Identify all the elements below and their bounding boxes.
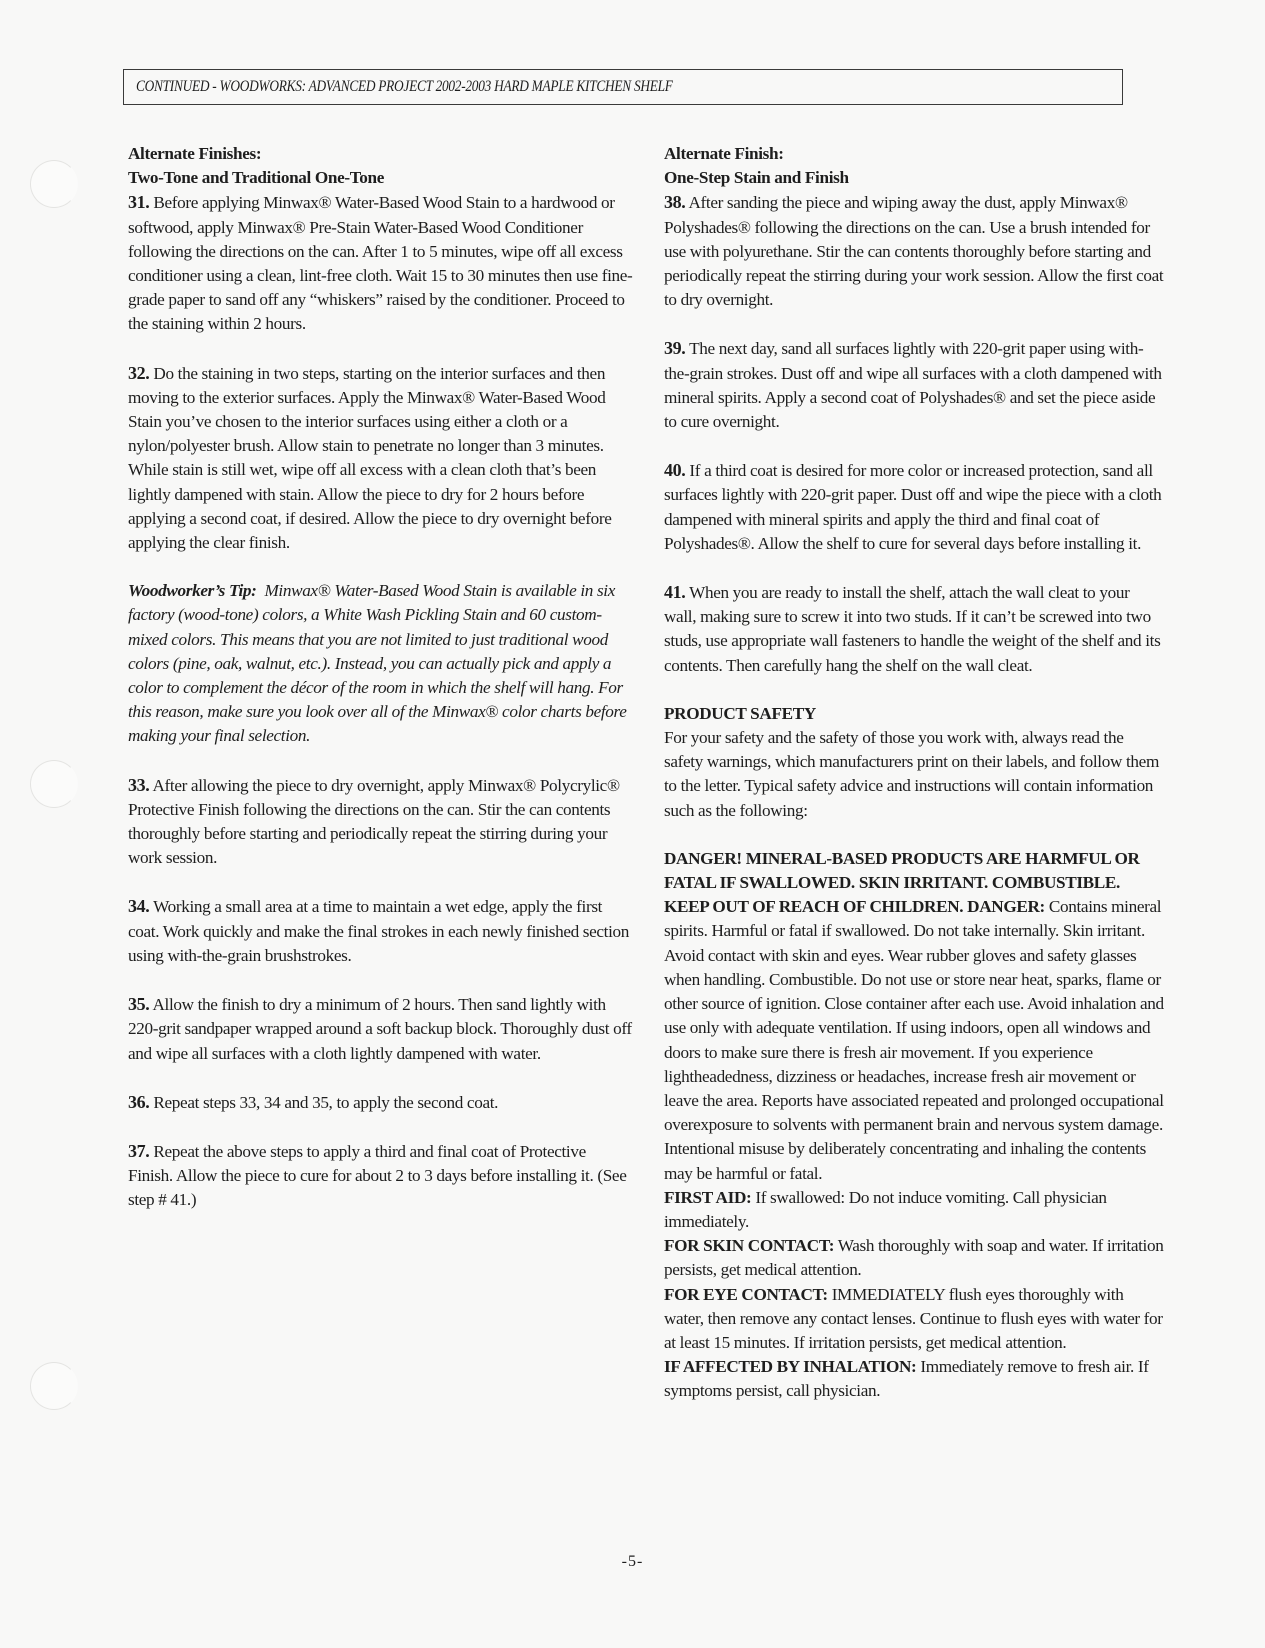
- section-subheading-one-step: One-Step Stain and Finish: [664, 166, 1164, 190]
- step-40: 40. If a third coat is desired for more …: [664, 458, 1164, 556]
- step-number: 32.: [128, 363, 149, 383]
- step-31: 31. Before applying Minwax® Water-Based …: [128, 190, 633, 336]
- product-safety-intro-text: For your safety and the safety of those …: [664, 728, 1159, 820]
- running-header: CONTINUED - WOODWORKS: ADVANCED PROJECT …: [123, 69, 1123, 105]
- section-subheading-two-tone: Two-Tone and Traditional One-Tone: [128, 166, 633, 190]
- step-38: 38. After sanding the piece and wiping a…: [664, 190, 1164, 312]
- skin-contact-label: FOR SKIN CONTACT:: [664, 1236, 834, 1255]
- eye-contact-label: FOR EYE CONTACT:: [664, 1285, 828, 1304]
- step-number: 31.: [128, 192, 149, 212]
- inhalation: IF AFFECTED BY INHALATION: Immediately r…: [664, 1355, 1164, 1403]
- step-text: Repeat steps 33, 34 and 35, to apply the…: [153, 1093, 498, 1112]
- step-text: Allow the finish to dry a minimum of 2 h…: [128, 995, 632, 1062]
- danger-text: Contains mineral spirits. Harmful or fat…: [664, 897, 1164, 1182]
- woodworkers-tip: Woodworker’s Tip: Minwax® Water-Based Wo…: [128, 579, 633, 748]
- section-heading-alternate-finishes: Alternate Finishes:: [128, 142, 633, 166]
- first-aid: FIRST AID: If swallowed: Do not induce v…: [664, 1186, 1164, 1234]
- step-text: When you are ready to install the shelf,…: [664, 583, 1160, 675]
- step-41: 41. When you are ready to install the sh…: [664, 580, 1164, 678]
- right-column: Alternate Finish: One-Step Stain and Fin…: [664, 142, 1164, 1404]
- step-text: Do the staining in two steps, starting o…: [128, 364, 611, 552]
- step-number: 36.: [128, 1092, 149, 1112]
- binder-hole-middle: [30, 760, 78, 808]
- binder-hole-top: [30, 160, 78, 208]
- step-33: 33. After allowing the piece to dry over…: [128, 773, 633, 871]
- section-heading-alternate-finish: Alternate Finish:: [664, 142, 1164, 166]
- step-35: 35. Allow the finish to dry a minimum of…: [128, 992, 633, 1066]
- inhalation-label: IF AFFECTED BY INHALATION:: [664, 1357, 916, 1376]
- step-36: 36. Repeat steps 33, 34 and 35, to apply…: [128, 1090, 633, 1115]
- step-text: Before applying Minwax® Water-Based Wood…: [128, 193, 632, 333]
- tip-text: Minwax® Water-Based Wood Stain is availa…: [128, 581, 627, 745]
- step-text: Working a small area at a time to mainta…: [128, 897, 629, 964]
- step-32: 32. Do the staining in two steps, starti…: [128, 361, 633, 556]
- page-number: -5-: [0, 1553, 1265, 1571]
- eye-contact: FOR EYE CONTACT: IMMEDIATELY flush eyes …: [664, 1283, 1164, 1356]
- product-safety-heading: PRODUCT SAFETY: [664, 702, 1164, 726]
- step-number: 41.: [664, 582, 685, 602]
- step-number: 37.: [128, 1141, 149, 1161]
- step-39: 39. The next day, sand all surfaces ligh…: [664, 336, 1164, 434]
- binder-hole-bottom: [30, 1362, 78, 1410]
- danger-warning: DANGER! MINERAL-BASED PRODUCTS ARE HARMF…: [664, 847, 1164, 1186]
- step-number: 34.: [128, 896, 149, 916]
- step-text: After allowing the piece to dry overnigh…: [128, 776, 620, 868]
- step-number: 35.: [128, 994, 149, 1014]
- skin-contact: FOR SKIN CONTACT: Wash thoroughly with s…: [664, 1234, 1164, 1282]
- step-number: 38.: [664, 192, 685, 212]
- step-text: The next day, sand all surfaces lightly …: [664, 339, 1162, 431]
- left-column: Alternate Finishes: Two-Tone and Traditi…: [128, 142, 633, 1237]
- step-number: 33.: [128, 775, 149, 795]
- step-number: 40.: [664, 460, 685, 480]
- running-header-text: CONTINUED - WOODWORKS: ADVANCED PROJECT …: [136, 78, 673, 96]
- tip-label: Woodworker’s Tip:: [128, 581, 257, 600]
- product-safety-intro: PRODUCT SAFETY For your safety and the s…: [664, 702, 1164, 823]
- step-text: After sanding the piece and wiping away …: [664, 193, 1163, 309]
- step-34: 34. Working a small area at a time to ma…: [128, 894, 633, 968]
- first-aid-label: FIRST AID:: [664, 1188, 751, 1207]
- step-37: 37. Repeat the above steps to apply a th…: [128, 1139, 633, 1213]
- step-text: If a third coat is desired for more colo…: [664, 461, 1161, 553]
- step-text: Repeat the above steps to apply a third …: [128, 1142, 627, 1209]
- step-number: 39.: [664, 338, 685, 358]
